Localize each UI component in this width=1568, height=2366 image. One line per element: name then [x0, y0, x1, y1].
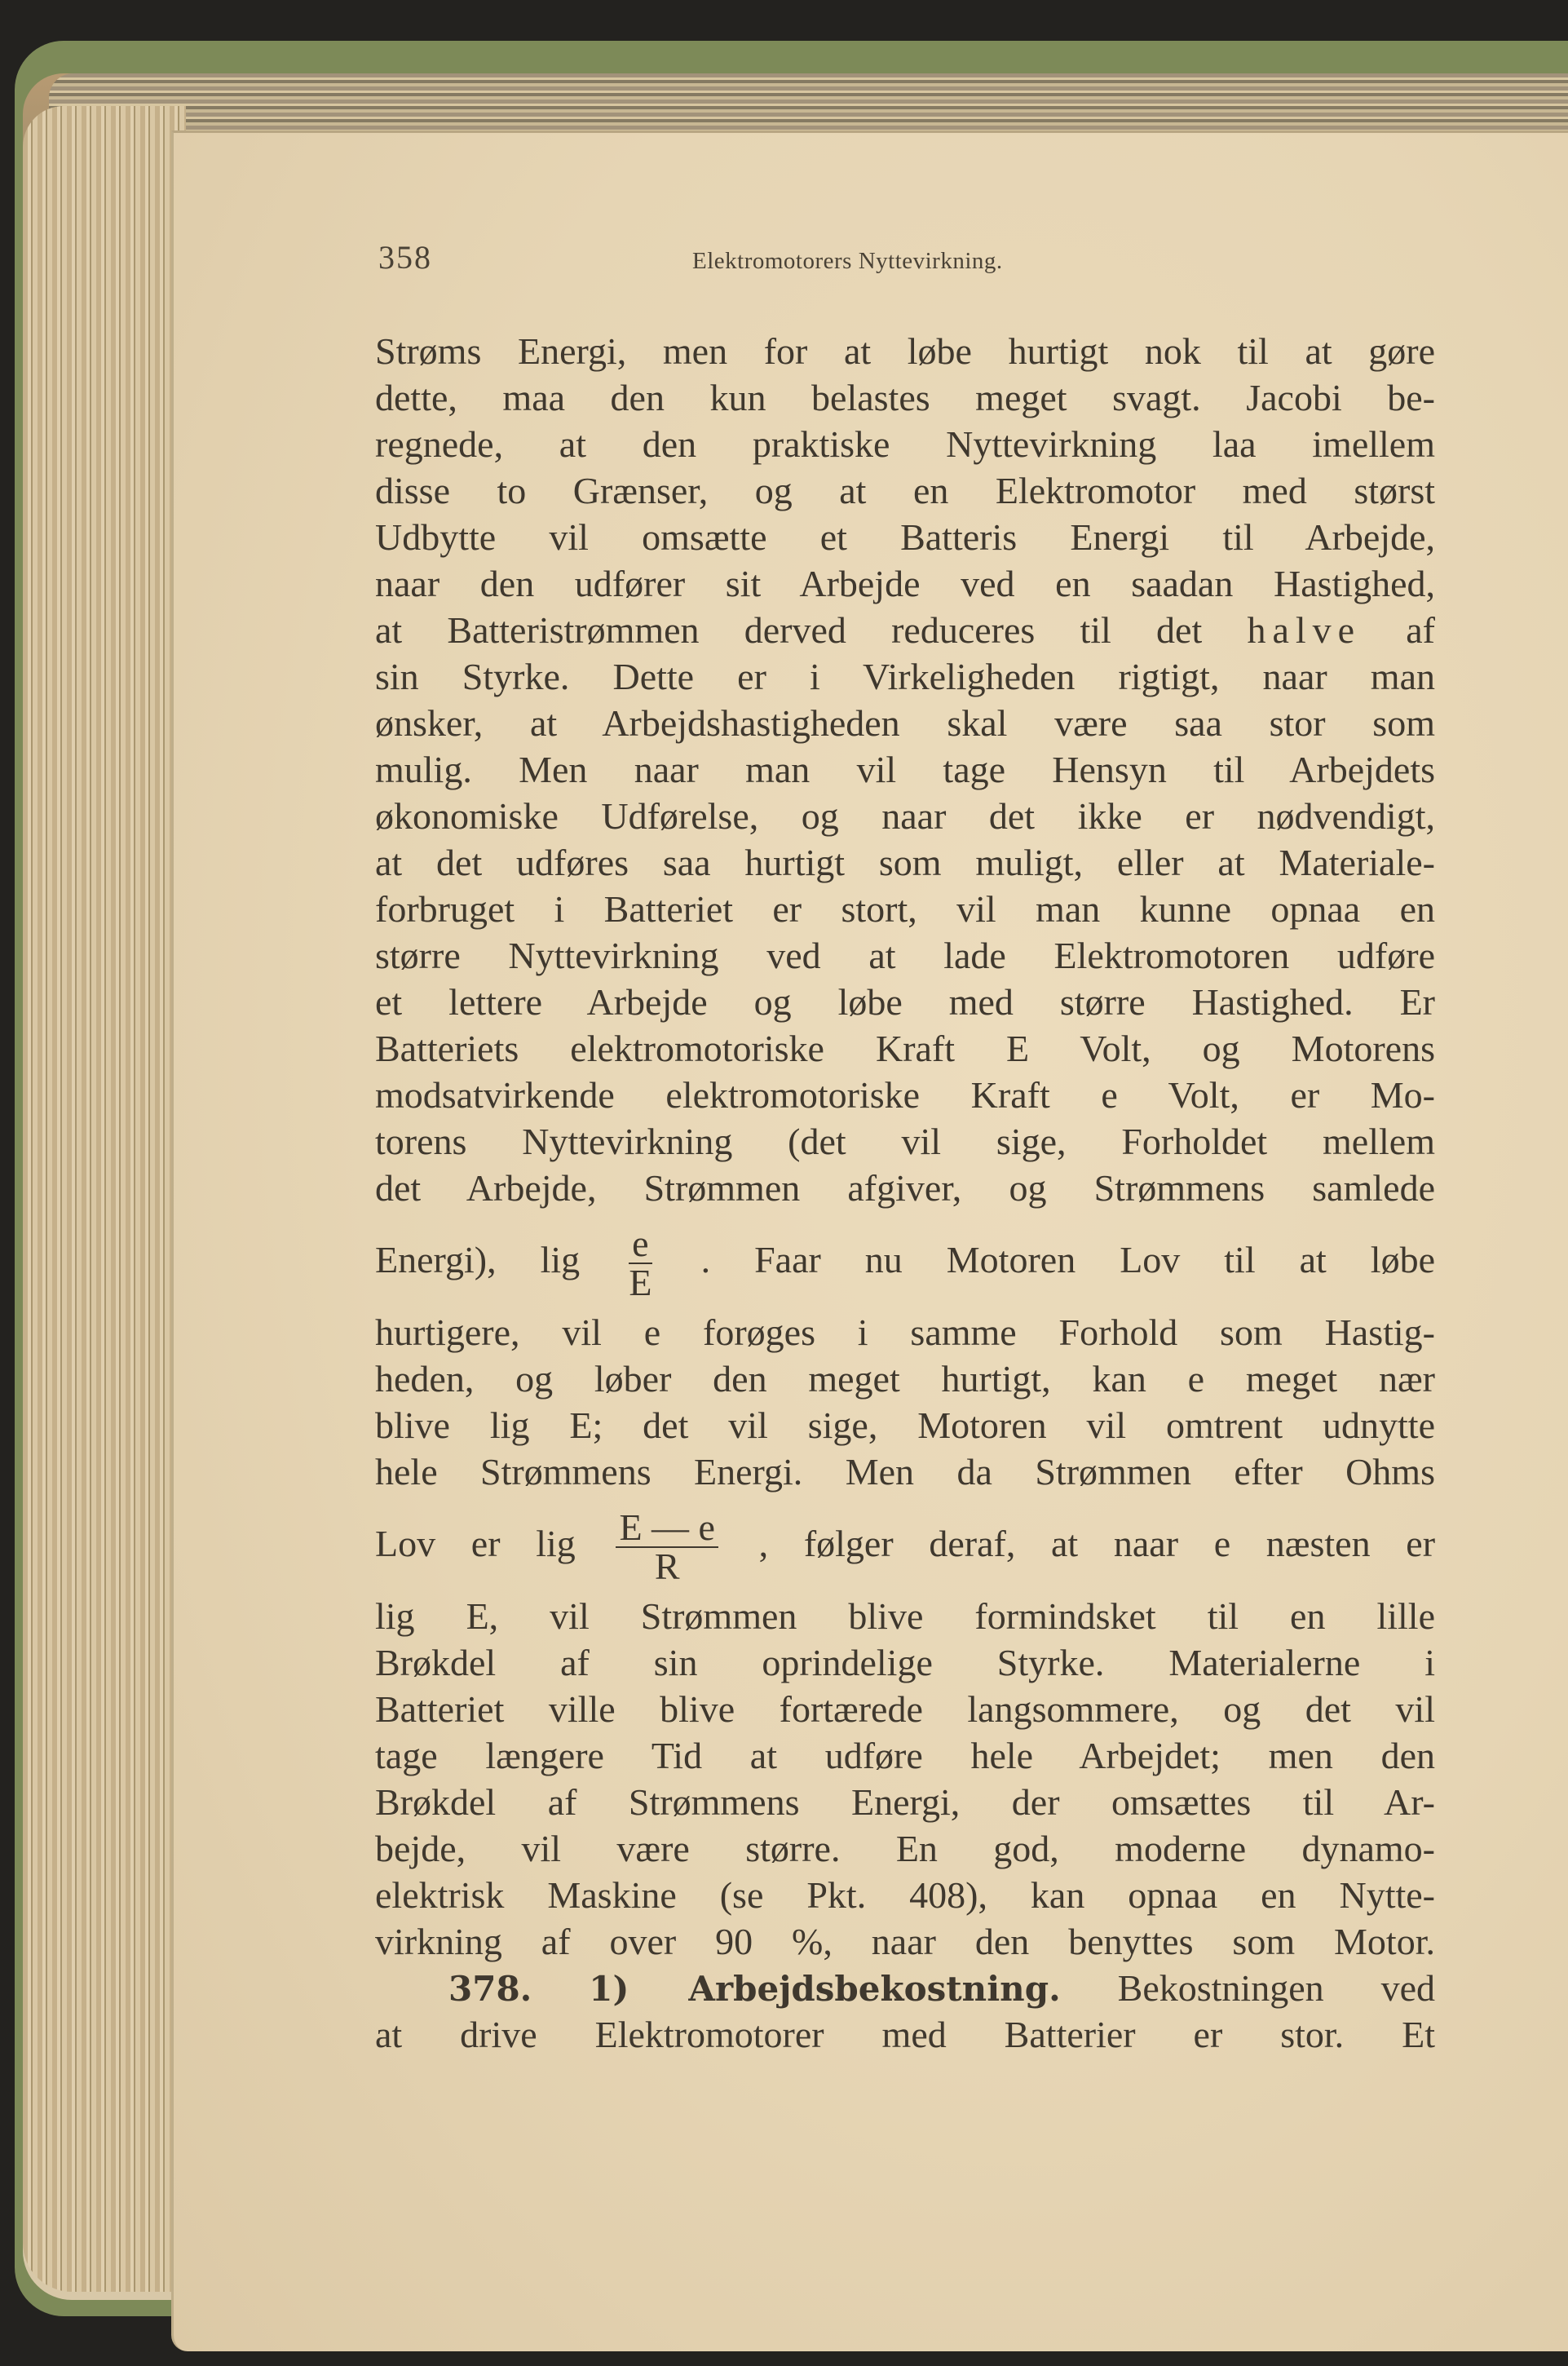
- text-line: større Nyttevirkning ved at lade Elektro…: [375, 932, 1435, 979]
- section-heading-line: 378. 1) Arbejdsbekostning. Bekostningen …: [375, 1965, 1435, 2011]
- text-line: at drive Elektromotorer med Batterier er…: [375, 2011, 1435, 2058]
- text-line: ønsker, at Arbejdshastigheden skal være …: [375, 700, 1435, 746]
- text-line: dette, maa den kun belastes meget svagt.…: [375, 374, 1435, 421]
- text-line: det Arbejde, Strømmen afgiver, og Strømm…: [375, 1165, 1435, 1211]
- text-line: økonomiske Udførelse, og naar det ikke e…: [375, 793, 1435, 839]
- text-line: et lettere Arbejde og løbe med større Ha…: [375, 979, 1435, 1025]
- text-line: hurtigere, vil e forøges i samme Forhold…: [375, 1309, 1435, 1355]
- formula-line: Lov er lig E — e R , følger deraf, at na…: [375, 1495, 1435, 1593]
- text-line: bejde, vil være større. En god, moderne …: [375, 1825, 1435, 1872]
- fraction-numerator: E — e: [616, 1509, 718, 1548]
- text-line: Strøms Energi, men for at løbe hurtigt n…: [375, 328, 1435, 374]
- text-segment: , følger deraf, at naar e næsten er: [759, 1523, 1435, 1564]
- section-number: 378.: [448, 1969, 532, 2009]
- text-line: Brøkdel af Strømmens Energi, der omsætte…: [375, 1779, 1435, 1825]
- text-line: tage længere Tid at udføre hele Arbejdet…: [375, 1732, 1435, 1779]
- text-line: hele Strømmens Energi. Men da Strømmen e…: [375, 1448, 1435, 1495]
- text-line: Brøkdel af sin oprindelige Styrke. Mater…: [375, 1639, 1435, 1686]
- text-line: Batteriet ville blive fortærede langsomm…: [375, 1686, 1435, 1732]
- text-line: sin Styrke. Dette er i Virkeligheden rig…: [375, 653, 1435, 700]
- text-segment: Bekostningen ved: [1118, 1967, 1435, 2009]
- text-segment: Lov er lig: [375, 1523, 576, 1564]
- page-number: 358: [378, 238, 432, 276]
- text-segment: Energi), lig: [375, 1239, 580, 1280]
- fraction-denominator: R: [616, 1548, 718, 1585]
- page-edges-left: [23, 106, 186, 2292]
- fraction-ohms-law: E — e R: [616, 1509, 718, 1585]
- text-line: modsatvirkende elektromotoriske Kraft e …: [375, 1072, 1435, 1118]
- emphasized-word: halve: [1247, 609, 1361, 651]
- text-line: disse to Grænser, og at en Elektromotor …: [375, 467, 1435, 514]
- text-line: forbruget i Batteriet er stort, vil man …: [375, 886, 1435, 932]
- text-line: at Batteristrømmen derved reduceres til …: [375, 607, 1435, 653]
- chapter-title: Elektromotorers Nyttevirkning.: [692, 248, 1003, 275]
- body-text: Strøms Energi, men for at løbe hurtigt n…: [375, 328, 1435, 2058]
- text-line: virkning af over 90 %, naar den benyttes…: [375, 1918, 1435, 1965]
- text-segment: at Batteristrømmen derved reduceres til …: [375, 609, 1202, 651]
- formula-line: Energi), lig e E . Faar nu Motoren Lov t…: [375, 1211, 1435, 1309]
- text-line: elektrisk Maskine (se Pkt. 408), kan opn…: [375, 1872, 1435, 1918]
- text-line: regnede, at den praktiske Nyttevirkning …: [375, 421, 1435, 467]
- text-segment: . Faar nu Motoren Lov til at løbe: [701, 1239, 1435, 1280]
- text-line: mulig. Men naar man vil tage Hensyn til …: [375, 746, 1435, 793]
- text-line: heden, og løber den meget hurtigt, kan e…: [375, 1355, 1435, 1402]
- fraction-numerator: e: [629, 1225, 651, 1264]
- section-title: 1) Arbejdsbekostning.: [589, 1969, 1060, 2009]
- text-line: Udbytte vil omsætte et Batteris Energi t…: [375, 514, 1435, 560]
- text-line: Batteriets elektromotoriske Kraft E Volt…: [375, 1025, 1435, 1072]
- text-line: at det udføres saa hurtigt som muligt, e…: [375, 839, 1435, 886]
- text-line: naar den udfører sit Arbejde ved en saad…: [375, 560, 1435, 607]
- fraction-denominator: E: [629, 1264, 651, 1302]
- text-line: lig E, vil Strømmen blive formindsket ti…: [375, 1593, 1435, 1639]
- fraction-e-over-E: e E: [629, 1225, 651, 1302]
- text-line: torens Nyttevirkning (det vil sige, Forh…: [375, 1118, 1435, 1165]
- running-head: 358 Elektromotorers Nyttevirkning.: [378, 238, 1438, 287]
- text-segment: af: [1406, 609, 1435, 651]
- text-line: blive lig E; det vil sige, Motoren vil o…: [375, 1402, 1435, 1448]
